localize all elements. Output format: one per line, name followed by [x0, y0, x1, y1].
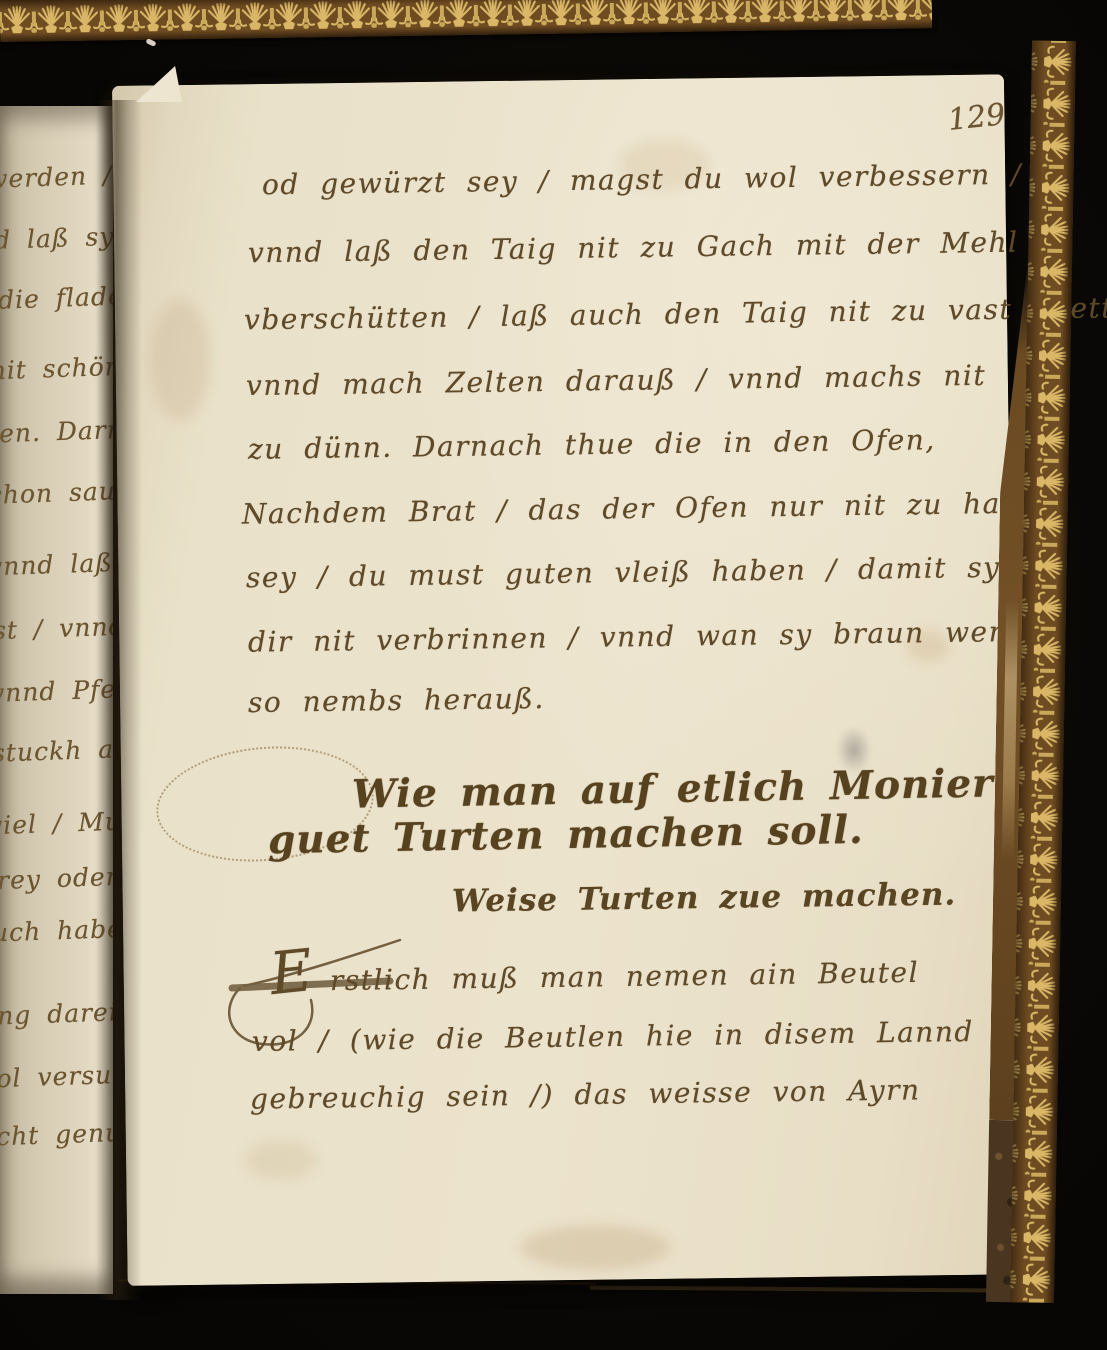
- page-corner-peek: [136, 66, 182, 102]
- manuscript-photo: werden / so wird dd laß sy erkhüldie fla…: [0, 0, 1107, 1350]
- gilt-border-top: [0, 0, 932, 42]
- paper-stain: [620, 140, 710, 190]
- manuscript-page: [112, 74, 1020, 1286]
- paper-stain: [906, 630, 950, 662]
- smudge-mark: [836, 726, 872, 774]
- gutter-shadow: [96, 100, 142, 1300]
- border-bottom-shadow-line: [590, 1286, 990, 1293]
- paper-stain: [246, 1140, 316, 1180]
- paper-stain: [520, 1225, 670, 1270]
- initial-letter-flourish-icon: [228, 934, 408, 1064]
- paper-stain: [150, 300, 210, 420]
